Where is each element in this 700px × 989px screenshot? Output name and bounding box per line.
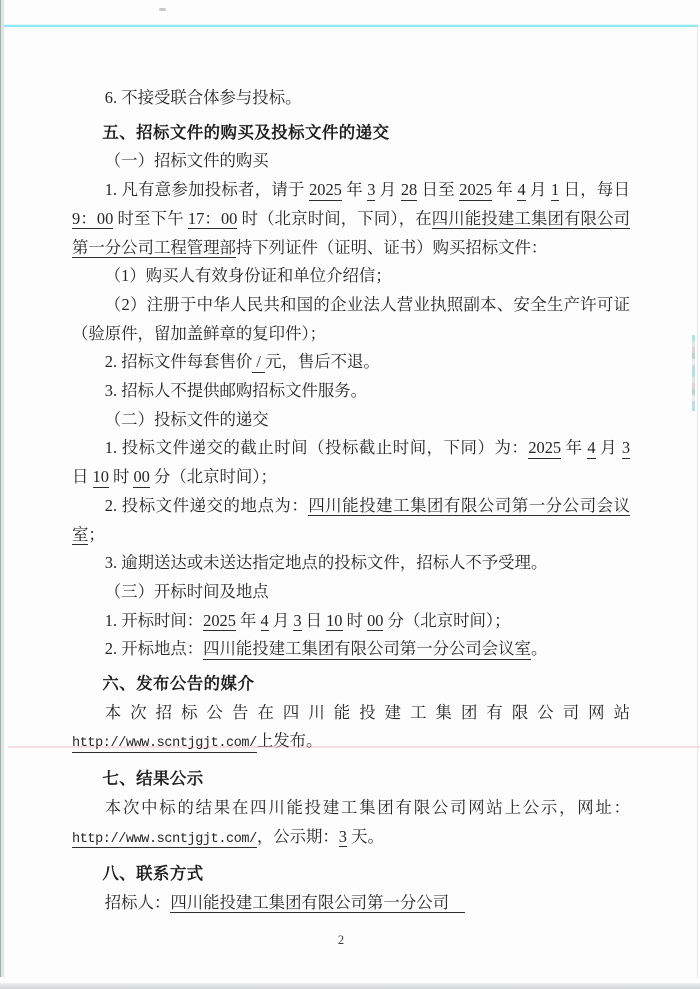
underlined-value: 2025: [528, 438, 561, 459]
text-run: 元，售后不退。: [265, 352, 380, 371]
text-run: 日: [302, 611, 327, 630]
text-run: 日，每日: [559, 180, 630, 199]
text-run: 月: [375, 180, 400, 199]
text-run: 日至: [417, 180, 459, 199]
text-run: 天。: [347, 827, 384, 846]
scanned-page: 6. 不接受联合体参与投标。五、招标文件的购买及投标文件的递交（一）招标文件的购…: [0, 0, 700, 989]
underlined-value: 2025: [203, 611, 236, 632]
text-run: ，公示期：: [257, 827, 339, 846]
text-run: （2）注册于中华人民共和国的企业法人营业执照副本、安全生产许可证（验原件，留加盖…: [72, 295, 630, 343]
text-run: 。: [531, 639, 547, 658]
underlined-value: 2025: [459, 180, 492, 201]
underlined-value: 1: [551, 180, 559, 201]
underlined-value: 10: [326, 611, 342, 632]
text-run: 时（北京时间，下同），在: [237, 209, 431, 228]
para-media: 本次招标公告在四川能投建工集团有限公司网站 http://www.scntjgj…: [72, 699, 630, 759]
para-id-letter: （1）购买人有效身份证和单位介绍信；: [72, 262, 630, 291]
scan-noise-strip: [692, 335, 695, 411]
text-run: 2. 投标文件递交的地点为：: [105, 496, 309, 515]
underlined-value: 3: [339, 827, 347, 848]
text-run: 1. 投标文件递交的截止时间（投标截止时间，下同）为：: [105, 438, 529, 457]
para-no-consortium: 6. 不接受联合体参与投标。: [72, 84, 630, 113]
heading-section-5: 五、招标文件的购买及投标文件的递交: [72, 119, 630, 148]
text-run: 分（北京时间）；: [383, 611, 510, 630]
underlined-value: 9：00: [72, 209, 113, 230]
text-run: 上发布。: [257, 731, 323, 750]
text-run: 年: [561, 438, 587, 457]
underlined-value: 28: [401, 180, 417, 201]
text-run: 持下列证件（证明、证书）购买招标文件：: [236, 238, 547, 257]
para-sub-2-submission: （二）投标文件的递交: [72, 406, 630, 435]
text-run: 年: [492, 180, 517, 199]
heading-section-7: 七、结果公示: [72, 765, 630, 794]
scan-line-top: [0, 24, 698, 27]
underlined-value: 3: [293, 611, 301, 632]
underlined-value: 00: [367, 611, 383, 632]
text-run: 本次招标公告在四川能投建工集团有限公司网站: [105, 703, 630, 722]
underlined-value: 17：00: [188, 209, 237, 230]
text-run: 月: [526, 180, 551, 199]
text-run: 年: [236, 611, 261, 630]
text-run: 2. 招标文件每套售价: [105, 352, 253, 371]
text-run: （1）购买人有效身份证和单位介绍信；: [105, 266, 392, 285]
text-run: 1. 凡有意参加投标者，请于: [105, 180, 309, 199]
heading-section-6: 六、发布公告的媒介: [72, 670, 630, 699]
underlined-value: 00: [133, 467, 149, 488]
heading-section-8: 八、联系方式: [72, 860, 630, 889]
text-run: 八、联系方式: [102, 865, 203, 883]
para-purchase-details: 1. 凡有意参加投标者，请于 2025 年 3 月 28 日至 2025 年 4…: [72, 176, 630, 262]
text-run: 七、结果公示: [102, 770, 203, 788]
underlined-value: 4: [517, 180, 525, 201]
text-run: 六、发布公告的媒介: [102, 675, 254, 693]
text-run: 本次中标的结果在四川能投建工集团有限公司网站上公示，网址：: [105, 798, 630, 817]
text-run: 时: [343, 611, 368, 630]
underlined-value: 3: [622, 438, 630, 459]
underlined-value: 四川能投建工集团有限公司第一分公司会议室: [203, 639, 531, 660]
url-text: http://www.scntjgjt.com/: [72, 736, 257, 753]
text-run: 1. 开标时间：: [105, 611, 203, 630]
para-submission-place: 2. 投标文件递交的地点为：四川能投建工集团有限公司第一分公司会议室；: [72, 492, 630, 549]
text-run: 时至下午: [113, 209, 188, 228]
text-run: 五、招标文件的购买及投标文件的递交: [102, 124, 389, 142]
underlined-value: 4: [261, 611, 269, 632]
underlined-value: 10: [93, 467, 109, 488]
text-run: 月: [596, 438, 622, 457]
para-tenderer: 招标人：四川能投建工集团有限公司第一分公司: [72, 889, 630, 918]
underlined-value: 2025: [309, 180, 342, 201]
para-opening-time: 1. 开标时间：2025 年 4 月 3 日 10 时 00 分（北京时间）；: [72, 607, 630, 636]
text-run: 3. 招标人不提供邮购招标文件服务。: [105, 381, 367, 400]
text-run: ；: [88, 525, 104, 544]
text-run: 分（北京时间）；: [150, 467, 277, 486]
para-late: 3. 逾期送达或未送达指定地点的投标文件，招标人不予受理。: [72, 549, 630, 578]
para-deadline: 1. 投标文件递交的截止时间（投标截止时间，下同）为：2025 年 4 月 3 …: [72, 434, 630, 491]
para-sub-3-opening: （三）开标时间及地点: [72, 578, 630, 607]
text-run: 3. 逾期送达或未送达指定地点的投标文件，招标人不予受理。: [105, 553, 548, 572]
text-run: 年: [342, 180, 367, 199]
para-no-mail: 3. 招标人不提供邮购招标文件服务。: [72, 377, 630, 406]
text-run: （三）开标时间及地点: [105, 582, 269, 601]
underlined-value: 4: [587, 438, 595, 459]
text-run: 日: [72, 467, 93, 486]
para-sub-1-purchase: （一）招标文件的购买: [72, 147, 630, 176]
text-run: （二）投标文件的递交: [105, 410, 269, 429]
url-text: http://www.scntjgjt.com/: [72, 832, 257, 849]
scan-edge-right: [697, 26, 698, 978]
text-run: 招标人：: [105, 893, 171, 912]
scan-speck: [159, 8, 166, 11]
text-run: 时: [109, 467, 134, 486]
para-opening-place: 2. 开标地点：四川能投建工集团有限公司第一分公司会议室。: [72, 635, 630, 664]
text-run: 月: [269, 611, 294, 630]
document-body: 6. 不接受联合体参与投标。五、招标文件的购买及投标文件的递交（一）招标文件的购…: [72, 84, 630, 918]
underlined-value: /: [252, 352, 265, 373]
scan-edge-left: [0, 0, 4, 977]
scan-edge-bottom: [0, 983, 700, 989]
text-run: 6. 不接受联合体参与投标。: [105, 88, 302, 107]
underlined-value: 四川能投建工集团有限公司第一分公司: [170, 893, 465, 914]
text-run: 2. 开标地点：: [105, 639, 203, 658]
para-license: （2）注册于中华人民共和国的企业法人营业执照副本、安全生产许可证（验原件，留加盖…: [72, 291, 630, 348]
text-run: （一）招标文件的购买: [105, 151, 269, 170]
page-number: 2: [0, 933, 682, 948]
para-result: 本次中标的结果在四川能投建工集团有限公司网站上公示，网址：http://www.…: [72, 794, 630, 854]
para-doc-price: 2. 招标文件每套售价 / 元，售后不退。: [72, 348, 630, 377]
